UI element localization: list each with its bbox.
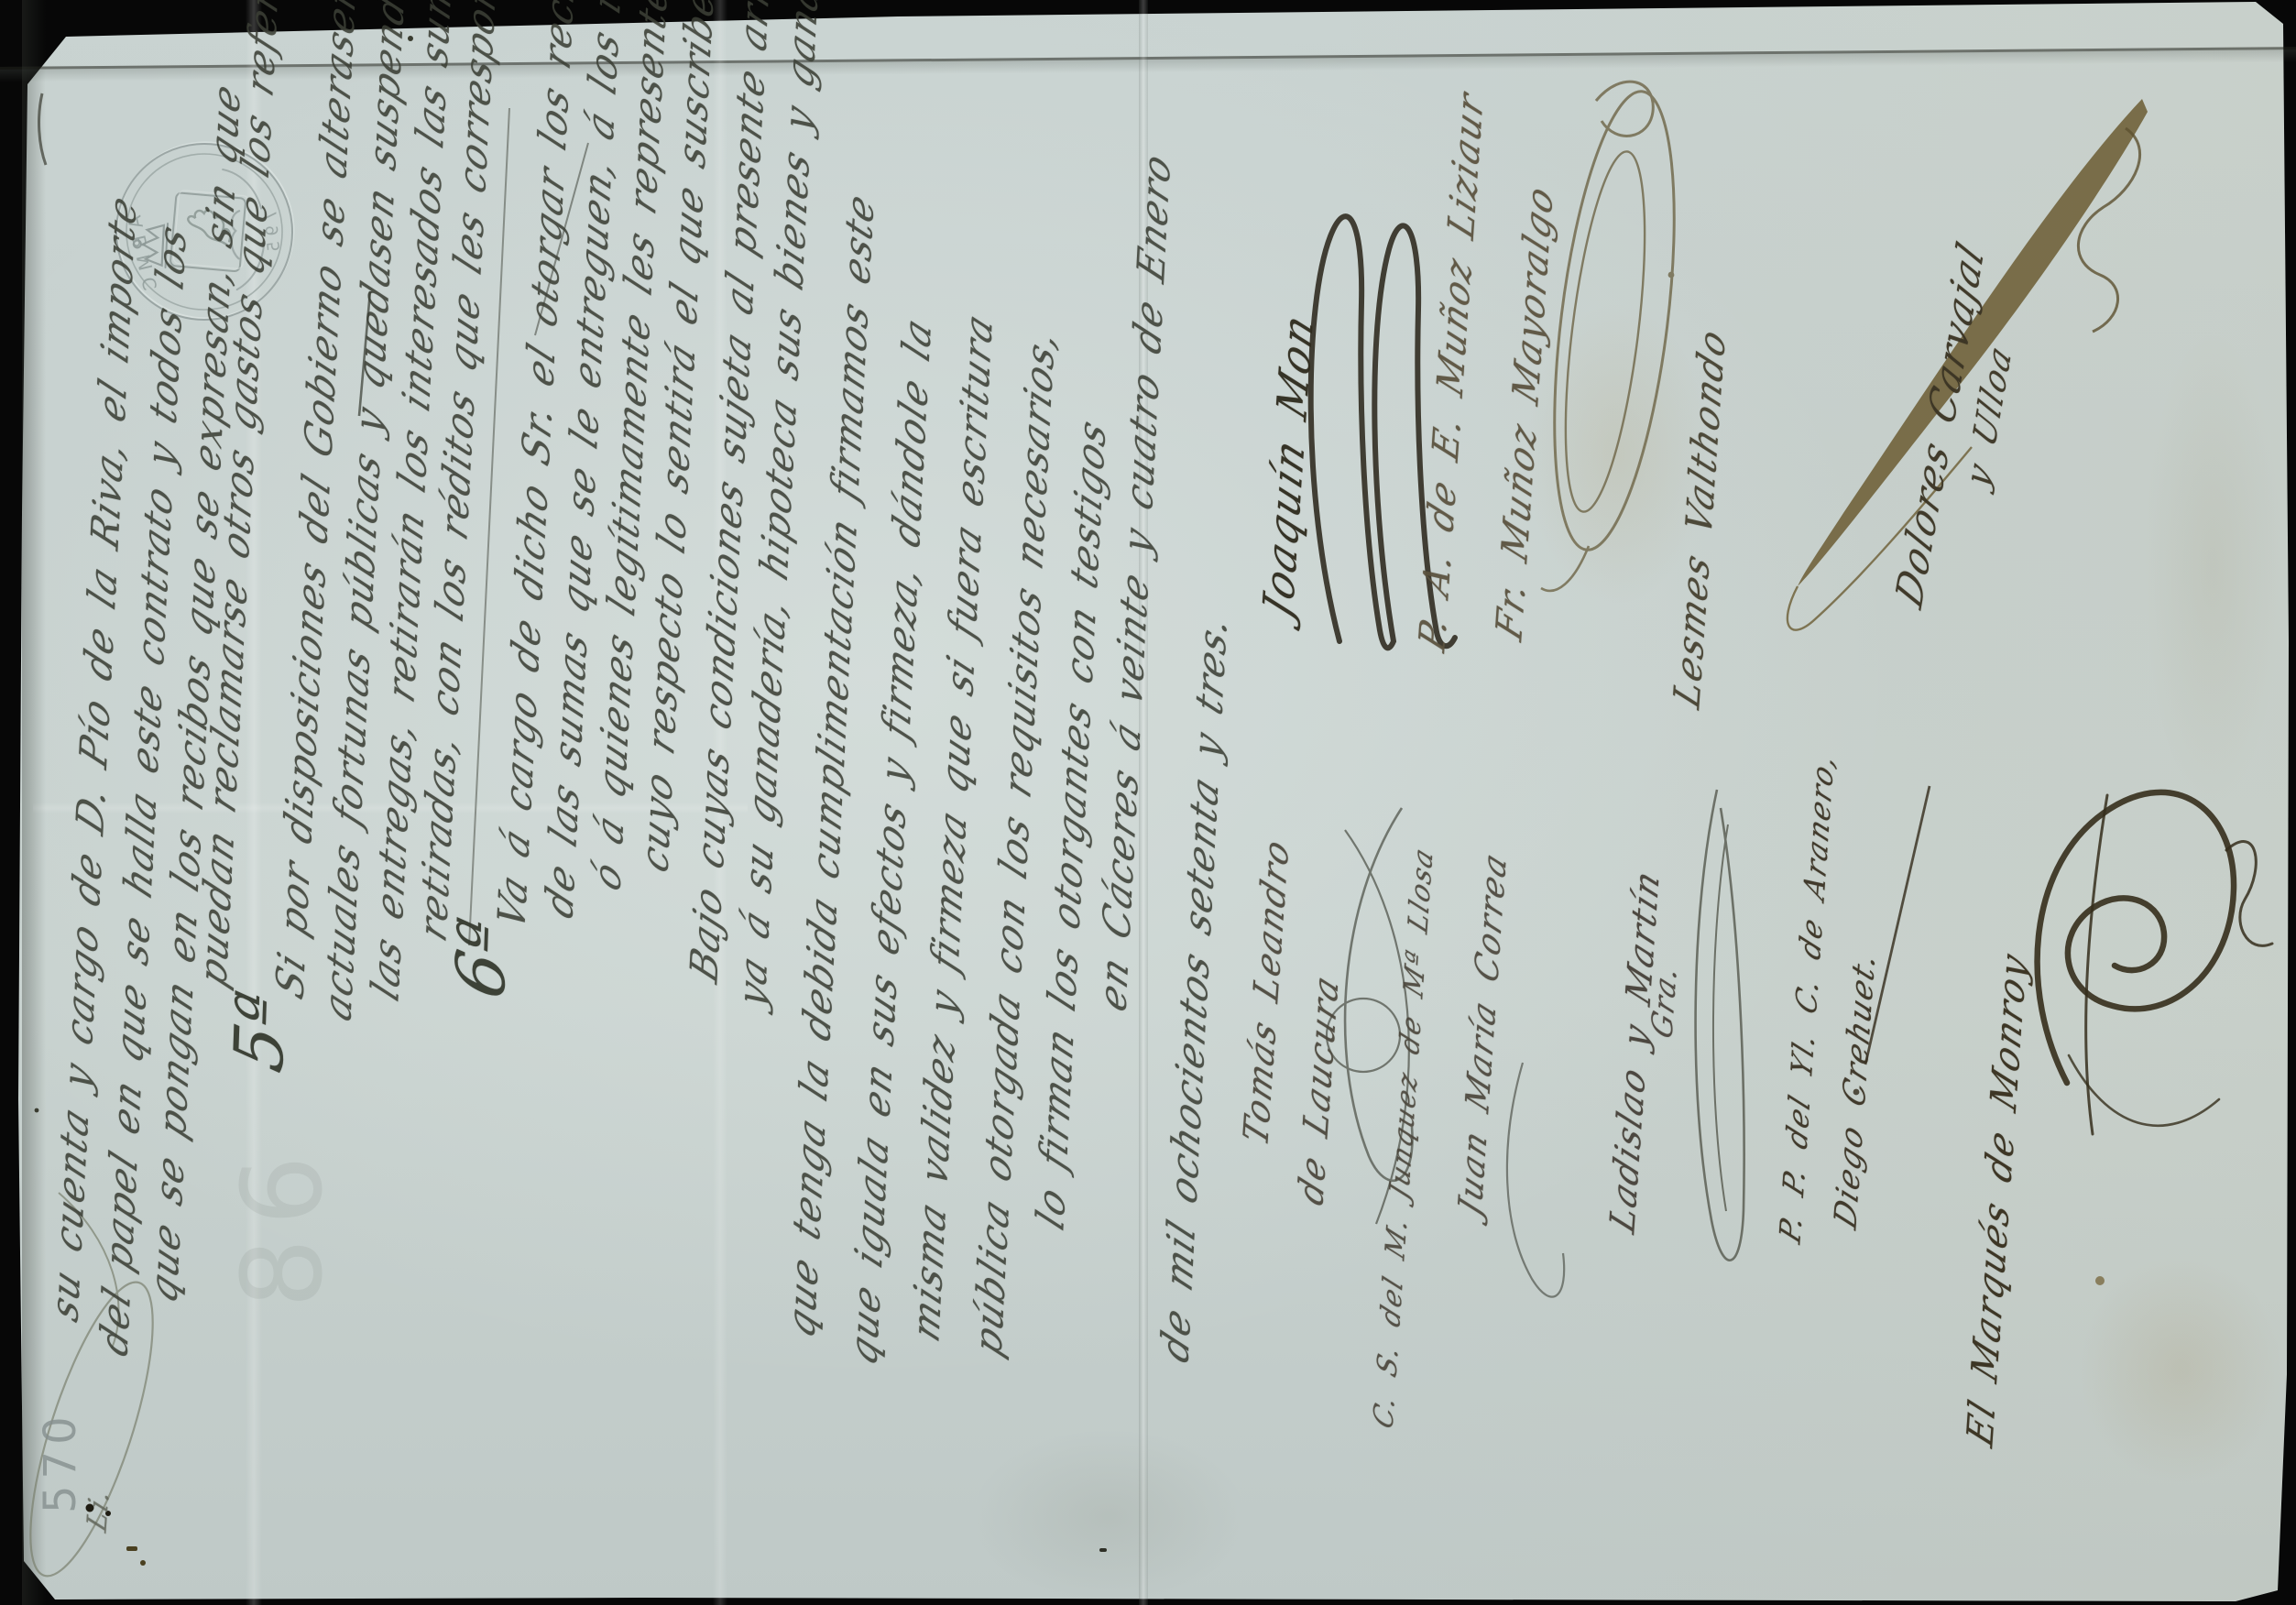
stain-right-edge xyxy=(2144,330,2281,806)
serial-stamp: 570 xyxy=(35,1410,86,1513)
stain-lower-right xyxy=(2080,1255,2281,1484)
scanned-document: ABMC 795 xyxy=(0,0,2296,1605)
signature-gra: Gra. xyxy=(1647,959,1681,1043)
stain-bottom-center xyxy=(971,1429,1246,1603)
left-edge-shadow xyxy=(22,0,46,1605)
bleedthrough-mark: 86 xyxy=(220,1142,347,1308)
